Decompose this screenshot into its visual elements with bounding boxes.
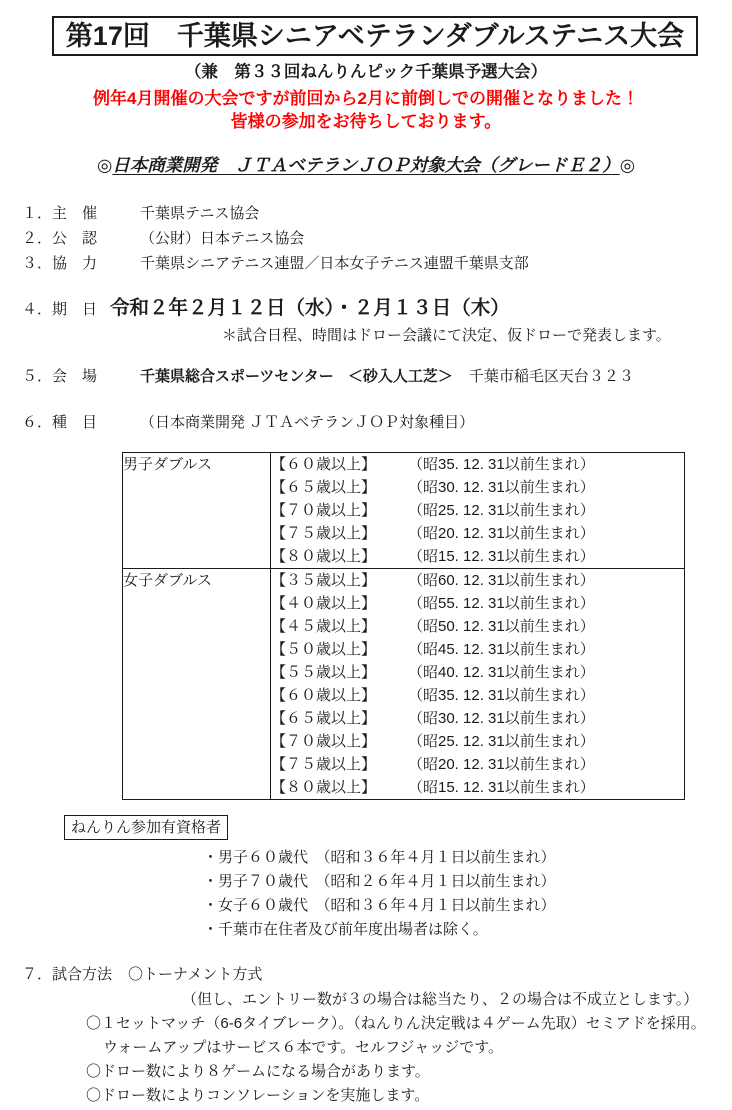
- nenrin-section: ねんりん参加有資格者: [64, 815, 732, 840]
- info-item-label: ２．公 認: [22, 226, 140, 251]
- event-entry-cell: 【４０歳以上】（昭55. 12. 31以前生まれ）: [271, 592, 685, 615]
- match-method-label: ７．試合方法: [22, 962, 128, 987]
- notice-block: 例年4月開催の大会ですが前回から2月に前倒しでの開催となりました！ 皆様の参加を…: [0, 87, 732, 133]
- event-age-label: 【３５歳以上】: [271, 569, 408, 592]
- event-age-label: 【５５歳以上】: [271, 661, 408, 684]
- info-item-value: 千葉県テニス協会: [140, 201, 259, 226]
- info-item-label: ３．協 力: [22, 251, 140, 276]
- nenrin-eligibility-box: ねんりん参加有資格者: [64, 815, 228, 840]
- event-entry-cell: 【４５歳以上】（昭50. 12. 31以前生まれ）: [271, 615, 685, 638]
- venue-name: 千葉県総合スポーツセンター: [140, 365, 334, 389]
- method-line: 〇１セットマッチ（6-6タイブレーク）。（ねんりん決定戦は４ゲーム先取）セミアド…: [86, 1012, 732, 1036]
- nenrin-list: ・男子６０歳代 （昭和３６年４月１日以前生まれ）・男子７０歳代 （昭和２６年４月…: [203, 846, 732, 942]
- event-birth-condition: （昭20. 12. 31以前生まれ）: [408, 525, 595, 542]
- event-age-label: 【６５歳以上】: [271, 476, 408, 499]
- event-age-label: 【８０歳以上】: [271, 776, 408, 799]
- event-birth-condition: （昭35. 12. 31以前生まれ）: [408, 687, 595, 704]
- events-table-row: 女子ダブルス【３５歳以上】（昭60. 12. 31以前生まれ）: [123, 569, 685, 593]
- method-line: （但し、エントリー数が３の場合は総当たり、２の場合は不成立とします。）: [182, 988, 732, 1012]
- event-birth-condition: （昭60. 12. 31以前生まれ）: [408, 572, 595, 589]
- info-item-value: （公財）日本テニス協会: [140, 226, 304, 251]
- method-line: 〇ドロー数によりコンソレーションを実施します。: [86, 1084, 732, 1108]
- event-entry-cell: 【６０歳以上】（昭35. 12. 31以前生まれ）: [271, 453, 685, 477]
- grade-underlined-text: 日本商業開発 ＪＴＡベテランＪＯＰ対象大会（グレードＥ２）: [112, 155, 620, 175]
- event-birth-condition: （昭25. 12. 31以前生まれ）: [408, 733, 595, 750]
- match-method-lines: （但し、エントリー数が３の場合は総当たり、２の場合は不成立とします。）〇１セット…: [0, 988, 732, 1108]
- match-method-lead: 〇トーナメント方式: [128, 962, 262, 987]
- event-birth-condition: （昭45. 12. 31以前生まれ）: [408, 641, 595, 658]
- tournament-announcement-document: 第17回 千葉県シニアベテランダブルステニス大会 （兼 第３３回ねんりんピック千…: [0, 0, 732, 1110]
- event-birth-condition: （昭50. 12. 31以前生まれ）: [408, 618, 595, 635]
- info-item-value: 千葉県シニアテニス連盟／日本女子テニス連盟千葉県支部: [140, 251, 529, 276]
- event-birth-condition: （昭20. 12. 31以前生まれ）: [408, 756, 595, 773]
- event-birth-condition: （昭40. 12. 31以前生まれ）: [408, 664, 595, 681]
- event-birth-condition: （昭30. 12. 31以前生まれ）: [408, 479, 595, 496]
- event-age-label: 【６０歳以上】: [271, 684, 408, 707]
- schedule-label: ４．期 日: [22, 296, 110, 324]
- schedule-date: 令和２年２月１２日（水）・２月１３日（木）: [110, 294, 510, 322]
- match-method-row: ７．試合方法 〇トーナメント方式: [22, 962, 732, 987]
- venue-label: ５．会 場: [22, 365, 140, 389]
- event-age-label: 【７５歳以上】: [271, 522, 408, 545]
- events-table: 男子ダブルス【６０歳以上】（昭35. 12. 31以前生まれ）【６５歳以上】（昭…: [122, 452, 685, 800]
- event-category-cell: 男子ダブルス: [123, 453, 271, 569]
- event-entry-cell: 【７０歳以上】（昭25. 12. 31以前生まれ）: [271, 730, 685, 753]
- events-table-body: 男子ダブルス【６０歳以上】（昭35. 12. 31以前生まれ）【６５歳以上】（昭…: [123, 453, 685, 800]
- venue-row: ５．会 場 千葉県総合スポーツセンター ＜砂入人工芝＞ 千葉市稲毛区天台３２３: [22, 365, 732, 389]
- document-subtitle: （兼 第３３回ねんりんピック千葉県予選大会）: [0, 61, 732, 83]
- nenrin-item: ・千葉市在住者及び前年度出場者は除く。: [203, 918, 732, 942]
- event-age-label: 【６０歳以上】: [271, 453, 408, 476]
- event-birth-condition: （昭30. 12. 31以前生まれ）: [408, 710, 595, 727]
- notice-line-2: 皆様の参加をお待ちしております。: [0, 110, 732, 133]
- info-list: １．主 催千葉県テニス協会２．公 認（公財）日本テニス協会３．協 力千葉県シニア…: [22, 201, 732, 276]
- event-age-label: 【６５歳以上】: [271, 707, 408, 730]
- event-age-label: 【４５歳以上】: [271, 615, 408, 638]
- event-entry-cell: 【６０歳以上】（昭35. 12. 31以前生まれ）: [271, 684, 685, 707]
- nenrin-item: ・女子６０歳代 （昭和３６年４月１日以前生まれ）: [203, 894, 732, 918]
- grade-suffix-mark: ◎: [620, 155, 635, 175]
- event-entry-cell: 【７５歳以上】（昭20. 12. 31以前生まれ）: [271, 753, 685, 776]
- info-item: １．主 催千葉県テニス協会: [22, 201, 732, 226]
- notice-line-1: 例年4月開催の大会ですが前回から2月に前倒しでの開催となりました！: [0, 87, 732, 110]
- nenrin-item: ・男子６０歳代 （昭和３６年４月１日以前生まれ）: [203, 846, 732, 870]
- event-age-label: 【８０歳以上】: [271, 545, 408, 568]
- event-age-label: 【５０歳以上】: [271, 638, 408, 661]
- event-entry-cell: 【６５歳以上】（昭30. 12. 31以前生まれ）: [271, 476, 685, 499]
- event-age-label: 【７０歳以上】: [271, 730, 408, 753]
- grade-prefix-mark: ◎: [97, 155, 112, 175]
- schedule-note: ＊試合日程、時間はドロー会議にて決定、仮ドローで発表します。: [222, 324, 732, 348]
- event-birth-condition: （昭15. 12. 31以前生まれ）: [408, 548, 595, 565]
- info-item: ２．公 認（公財）日本テニス協会: [22, 226, 732, 251]
- event-age-label: 【４０歳以上】: [271, 592, 408, 615]
- event-birth-condition: （昭55. 12. 31以前生まれ）: [408, 595, 595, 612]
- events-table-row: 男子ダブルス【６０歳以上】（昭35. 12. 31以前生まれ）: [123, 453, 685, 477]
- event-entry-cell: 【６５歳以上】（昭30. 12. 31以前生まれ）: [271, 707, 685, 730]
- grade-line: ◎日本商業開発 ＪＴＡベテランＪＯＰ対象大会（グレードＥ２）◎: [0, 153, 732, 177]
- event-entry-cell: 【５５歳以上】（昭40. 12. 31以前生まれ）: [271, 661, 685, 684]
- events-row: ６．種 目 （日本商業開発 ＪＴＡベテランＪＯＰ対象種目）: [22, 411, 732, 435]
- event-entry-cell: 【７０歳以上】（昭25. 12. 31以前生まれ）: [271, 499, 685, 522]
- event-entry-cell: 【５０歳以上】（昭45. 12. 31以前生まれ）: [271, 638, 685, 661]
- event-category-cell: 女子ダブルス: [123, 569, 271, 800]
- venue-address: 千葉市稲毛区天台３２３: [469, 365, 634, 389]
- event-entry-cell: 【８０歳以上】（昭15. 12. 31以前生まれ）: [271, 776, 685, 800]
- event-birth-condition: （昭15. 12. 31以前生まれ）: [408, 779, 595, 796]
- event-entry-cell: 【７５歳以上】（昭20. 12. 31以前生まれ）: [271, 522, 685, 545]
- document-title: 第17回 千葉県シニアベテランダブルステニス大会: [52, 16, 698, 56]
- venue-surface: ＜砂入人工芝＞: [348, 365, 453, 389]
- schedule-row: ４．期 日 令和２年２月１２日（水）・２月１３日（木）: [22, 294, 732, 324]
- method-line: 〇ドロー数により８ゲームになる場合があります。: [86, 1060, 732, 1084]
- info-item-label: １．主 催: [22, 201, 140, 226]
- event-entry-cell: 【８０歳以上】（昭15. 12. 31以前生まれ）: [271, 545, 685, 569]
- event-age-label: 【７０歳以上】: [271, 499, 408, 522]
- method-line: ウォームアップはサービス６本です。セルフジャッジです。: [103, 1036, 732, 1060]
- nenrin-item: ・男子７０歳代 （昭和２６年４月１日以前生まれ）: [203, 870, 732, 894]
- event-age-label: 【７５歳以上】: [271, 753, 408, 776]
- events-note: （日本商業開発 ＪＴＡベテランＪＯＰ対象種目）: [140, 411, 474, 435]
- event-birth-condition: （昭35. 12. 31以前生まれ）: [408, 456, 595, 473]
- event-birth-condition: （昭25. 12. 31以前生まれ）: [408, 502, 595, 519]
- info-item: ３．協 力千葉県シニアテニス連盟／日本女子テニス連盟千葉県支部: [22, 251, 732, 276]
- event-entry-cell: 【３５歳以上】（昭60. 12. 31以前生まれ）: [271, 569, 685, 593]
- events-label: ６．種 目: [22, 411, 140, 435]
